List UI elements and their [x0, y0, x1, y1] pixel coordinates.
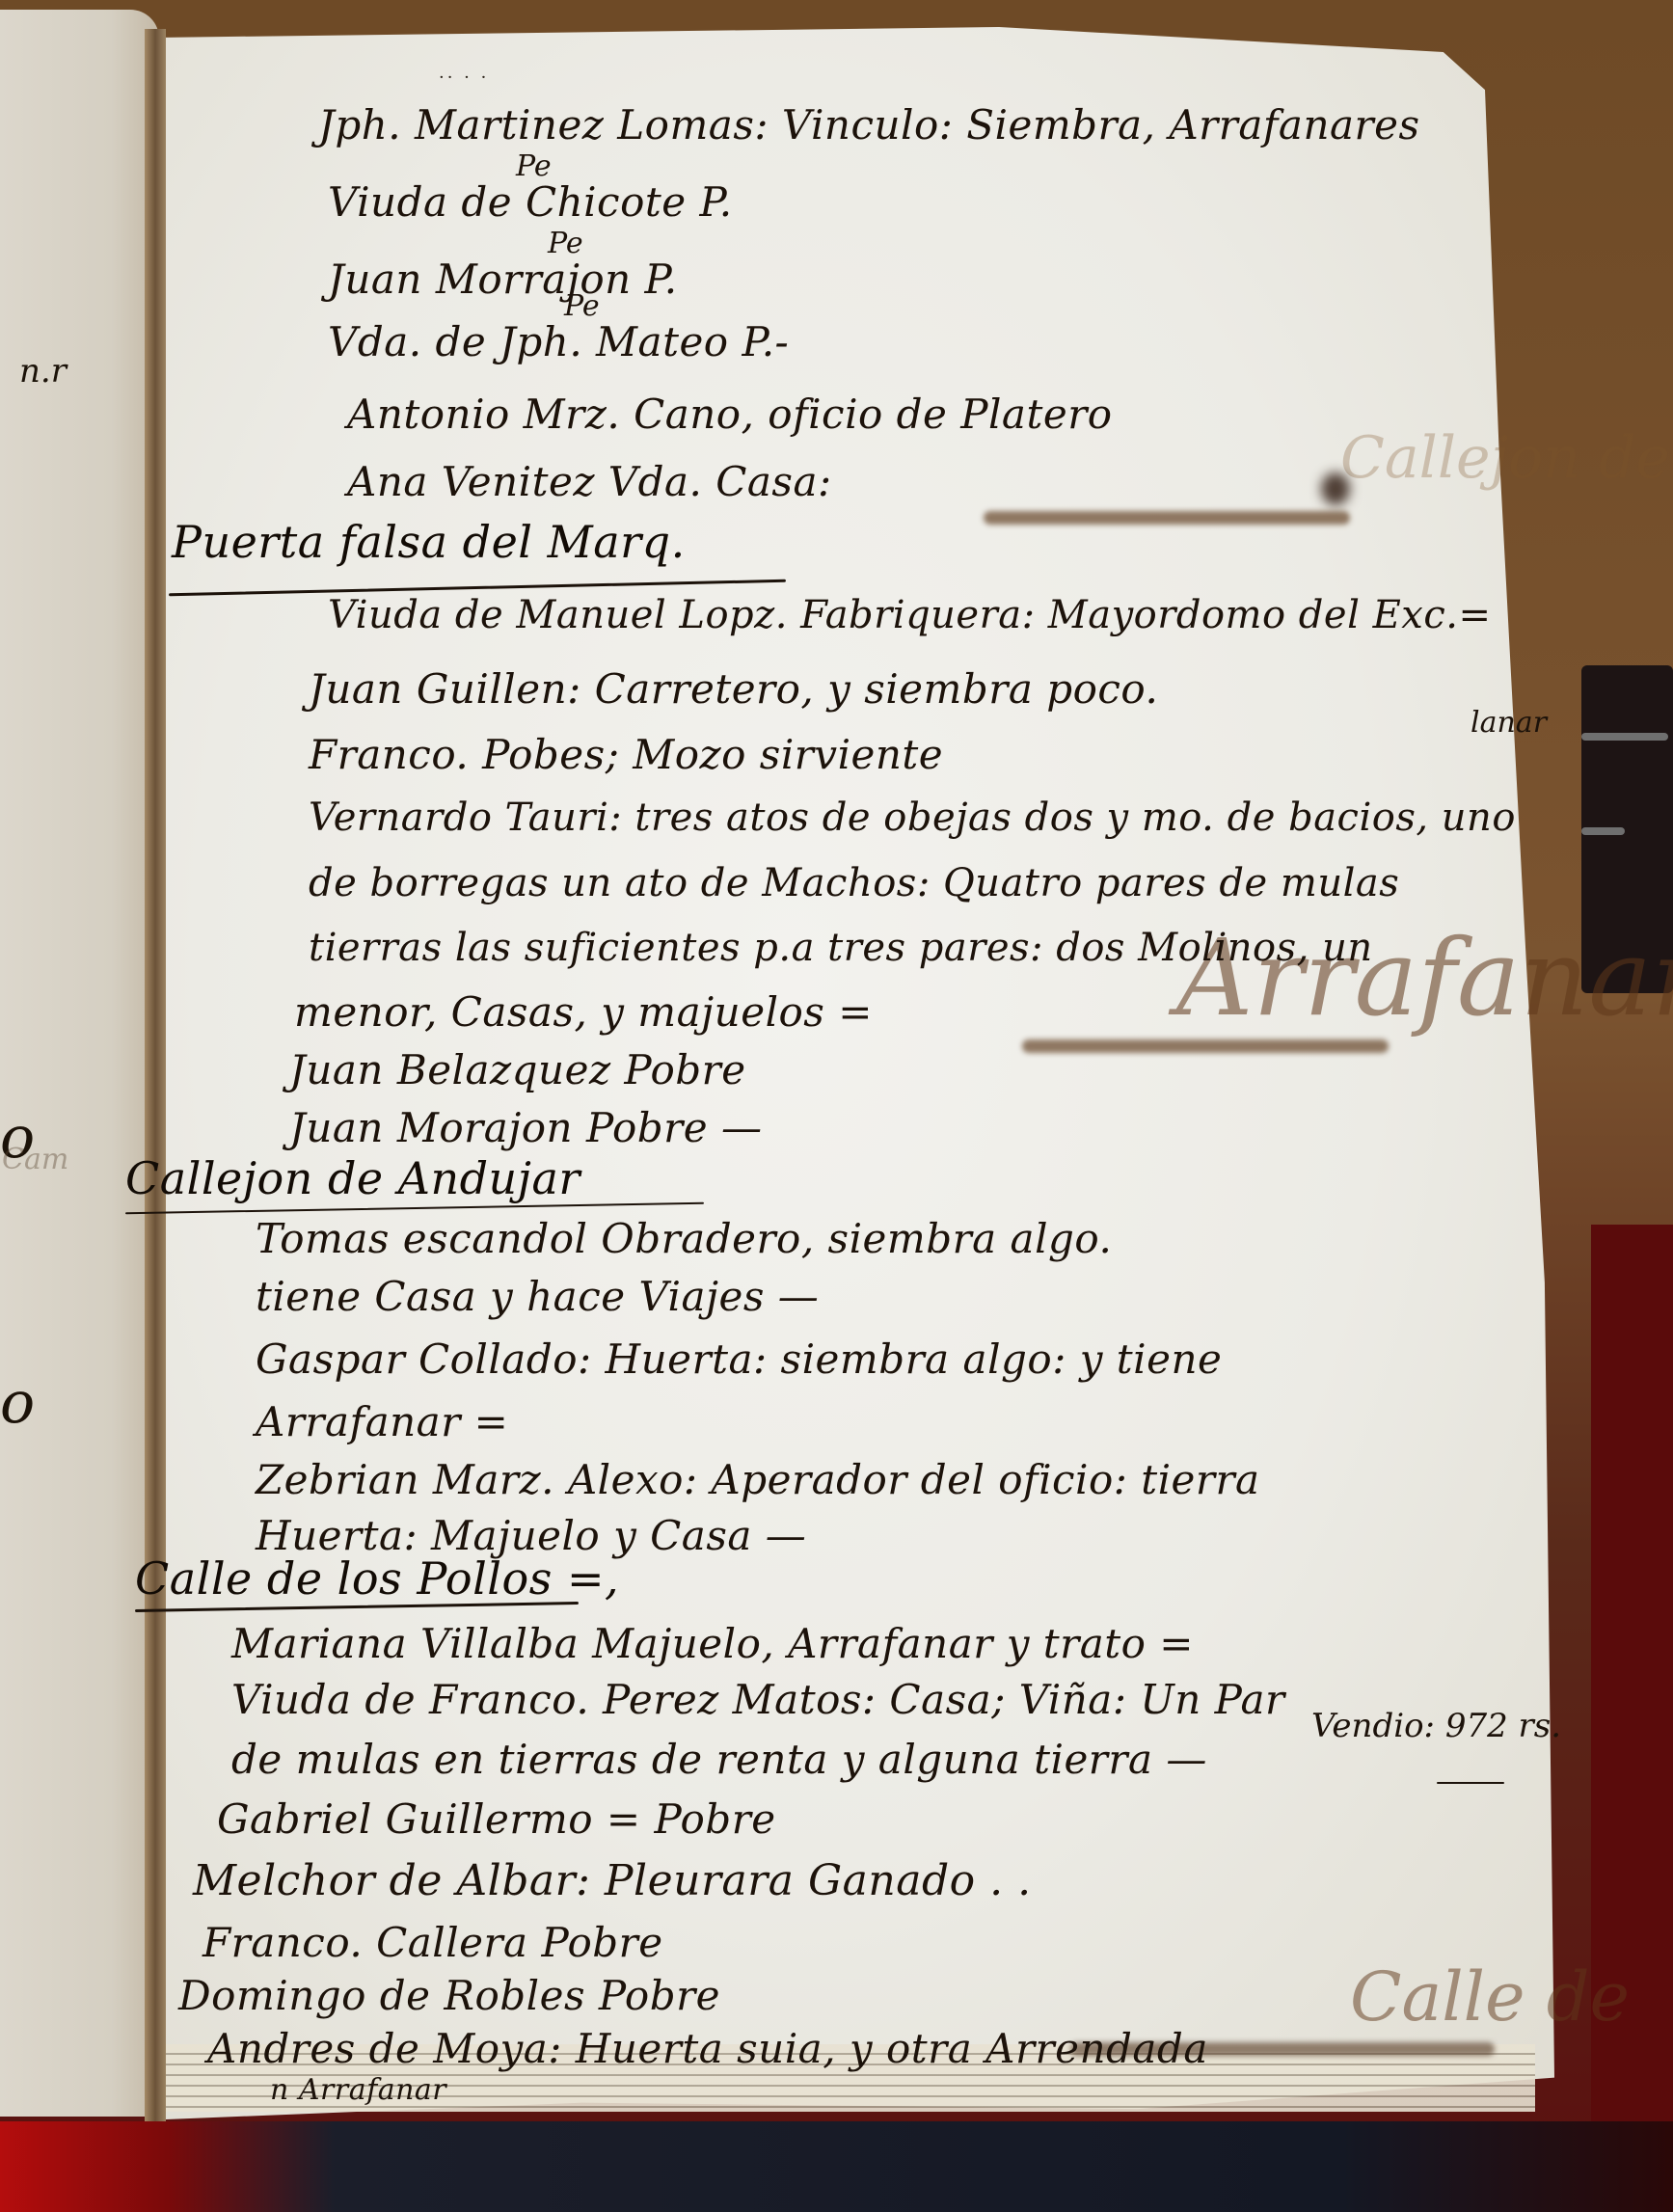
manuscript-line: menor, Casas, y majuelos = [294, 988, 873, 1036]
manuscript-line: n Arrafanar [270, 2073, 446, 2107]
manuscript-line: de mulas en tierras de renta y alguna ti… [231, 1736, 1207, 1783]
marginal-annotation: Pe [564, 289, 600, 323]
left-page-fragment: o [0, 1369, 35, 1437]
manuscript-line: Gaspar Collado: Huerta: siembra algo: y … [256, 1335, 1222, 1383]
background-object [1581, 665, 1673, 993]
manuscript-line: Juan Morajon Pobre — [289, 1104, 762, 1151]
manuscript-line: Domingo de Robles Pobre [178, 1972, 720, 2019]
ink-bleed-stroke [1022, 1039, 1389, 1053]
manuscript-line: Viuda de Chicote P. [328, 178, 733, 226]
manuscript-line: Melchor de Albar: Pleurara Ganado . . [193, 1856, 1032, 1905]
line-end-dash [1437, 1782, 1504, 1784]
section-heading: Puerta falsa del Marq. [172, 516, 686, 568]
manuscript-line: Juan Morrajon P. [328, 256, 678, 303]
manuscript-line: Franco. Callera Pobre [202, 1919, 663, 1966]
marginal-annotation: Vendio: 972 rs. [1311, 1707, 1561, 1745]
left-facing-page [0, 10, 159, 2117]
left-page-fragment: n.r [19, 352, 67, 391]
manuscript-line: Andres de Moya: Huerta suia, y otra Arre… [207, 2025, 1208, 2072]
book-gutter [145, 29, 166, 2121]
manuscript-line: tierras las suficientes p.a tres pares: … [309, 926, 1373, 970]
marginal-annotation: Pe [516, 149, 552, 183]
marginal-annotation: lanar [1471, 706, 1547, 740]
manuscript-line: Antonio Mrz. Cano, oficio de Platero [347, 391, 1113, 438]
left-page-fragment: Cam [2, 1143, 68, 1176]
manuscript-line: Tomas escandol Obradero, siembra algo. [256, 1215, 1112, 1262]
manuscript-line: Juan Guillen: Carretero, y siembra poco. [309, 665, 1158, 713]
manuscript-line: Gabriel Guillermo = Pobre [217, 1795, 776, 1843]
manuscript-line: Franco. Pobes; Mozo sirviente [309, 731, 943, 778]
ink-bleed-stroke [984, 511, 1350, 525]
ink-dots: ·· · · [439, 67, 489, 88]
section-heading: Callejon de Andujar [125, 1152, 580, 1204]
marginal-annotation: Pe [548, 227, 583, 260]
display-base [0, 2121, 1673, 2212]
manuscript-line: Vda. de Jph. Mateo P.- [328, 318, 789, 365]
red-cloth-background [1591, 1225, 1673, 2212]
manuscript-line: Zebrian Marz. Alexo: Aperador del oficio… [256, 1456, 1260, 1503]
section-heading: Calle de los Pollos =, [135, 1552, 619, 1605]
ink-stain [1321, 472, 1350, 505]
manuscript-line: Viuda de Franco. Perez Matos: Casa; Viña… [231, 1676, 1285, 1723]
manuscript-line: Arrafanar = [256, 1398, 508, 1445]
manuscript-line: Vernardo Tauri: tres atos de obejas dos … [309, 796, 1516, 840]
manuscript-line: Ana Venitez Vda. Casa: [347, 458, 832, 505]
manuscript-line: Jph. Martinez Lomas: Vinculo: Siembra, A… [318, 101, 1420, 148]
background-bar [1581, 827, 1625, 835]
manuscript-line: tiene Casa y hace Viajes — [256, 1273, 819, 1320]
manuscript-line: Juan Belazquez Pobre [289, 1046, 746, 1093]
background-bar [1581, 733, 1668, 741]
manuscript-line: Mariana Villalba Majuelo, Arrafanar y tr… [231, 1620, 1194, 1667]
manuscript-line: Viuda de Manuel Lopz. Fabriquera: Mayord… [328, 593, 1491, 637]
manuscript-line: de borregas un ato de Machos: Quatro par… [309, 861, 1399, 905]
